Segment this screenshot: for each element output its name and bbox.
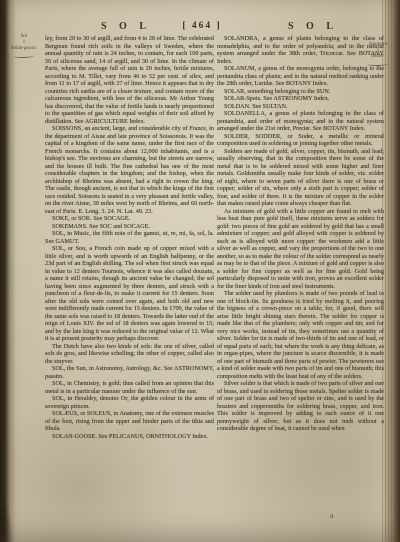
- article-solaeus: SOLÆUS, or SOLEUS, in Anatomy, one of th…: [45, 410, 214, 433]
- article-sokemans: SOKEMANS. See SOC and SOCAGE.: [45, 223, 214, 231]
- article-solder: SOLDER, SODDER, or Soder, a metallic or …: [217, 133, 384, 148]
- binding-gutter-shadow: [0, 0, 16, 542]
- margin-note-flourish: [14, 54, 34, 58]
- article-soldanella: SOLDANELLA, a genus of plants belonging …: [217, 110, 384, 133]
- catchword: it: [330, 513, 333, 520]
- page-number: [ 464 ]: [162, 21, 242, 31]
- article-soissons: SOISSONS, an ancient, large, and conside…: [45, 125, 214, 215]
- article-sol-music: SOL, in Music, the fifth note of the gam…: [45, 230, 214, 245]
- article-solder-silver-spelter: Silver solder is that which is made of t…: [217, 380, 384, 433]
- book-fore-edge: [382, 0, 400, 542]
- article-solan-goose: SOLAN-GOOSE. See PELICANUS, ORNITHOLOGY …: [45, 433, 214, 441]
- margin-note-left-first-article: Sol: [21, 34, 27, 39]
- text-column-right: SOLANDRA, a genus of plants belonging to…: [217, 35, 384, 538]
- text-column-left: ley, from 20 to 30 of argill, and from 4…: [45, 35, 214, 538]
- article-soke: SOKE, or SOK. See SOCAGE.: [45, 215, 214, 223]
- book-page-scan: S O L [ 464 ] S O L Sol ‖ Solan-goose. S…: [0, 0, 400, 542]
- article-solder-gold: As mixtures of gold with a little copper…: [217, 208, 384, 291]
- margin-note-left: Sol ‖ Solan-goose.: [7, 34, 41, 58]
- running-title-left: S O L: [101, 21, 151, 32]
- article-solar-spots: SOLAR-Spots. See ASTRONOMY Index.: [217, 95, 384, 103]
- article-sol-soil-continuation: ley, from 20 to 30 of argill, and from 4…: [45, 35, 214, 125]
- article-solandra: SOLANDRA, a genus of plants belonging to…: [217, 35, 384, 65]
- article-sol-coin: SOL, or Sou, a French coin made up of co…: [45, 245, 214, 343]
- article-solder-plumbers: The solder used by plumbers is made of t…: [217, 290, 384, 380]
- margin-note-divider: ‖: [23, 40, 24, 45]
- article-solder-composition: Solders are made of gold, silver, copper…: [217, 148, 384, 208]
- article-soldan: SOLDAN. See SULTAN.: [217, 103, 384, 111]
- article-sol-heraldry: SOL, in Heraldry, denotes Or, the golden…: [45, 395, 214, 410]
- article-sol-coin-dutch: The Dutch have also two kinds of sols: t…: [45, 343, 214, 366]
- running-title-right: S O L: [288, 21, 338, 32]
- margin-note-left-last-article: Solan-goose.: [11, 46, 37, 51]
- article-sol-astronomy: SOL, the Sun, in Astronomy, Astrology, &…: [45, 365, 214, 380]
- article-solar: SOLAR, something belonging to the SUN.: [217, 88, 384, 96]
- article-solanum: SOLANUM, a genus of the monogynia order,…: [217, 65, 384, 88]
- article-sol-chemistry: SOL, in Chemistry, is gold; thus called …: [45, 380, 214, 395]
